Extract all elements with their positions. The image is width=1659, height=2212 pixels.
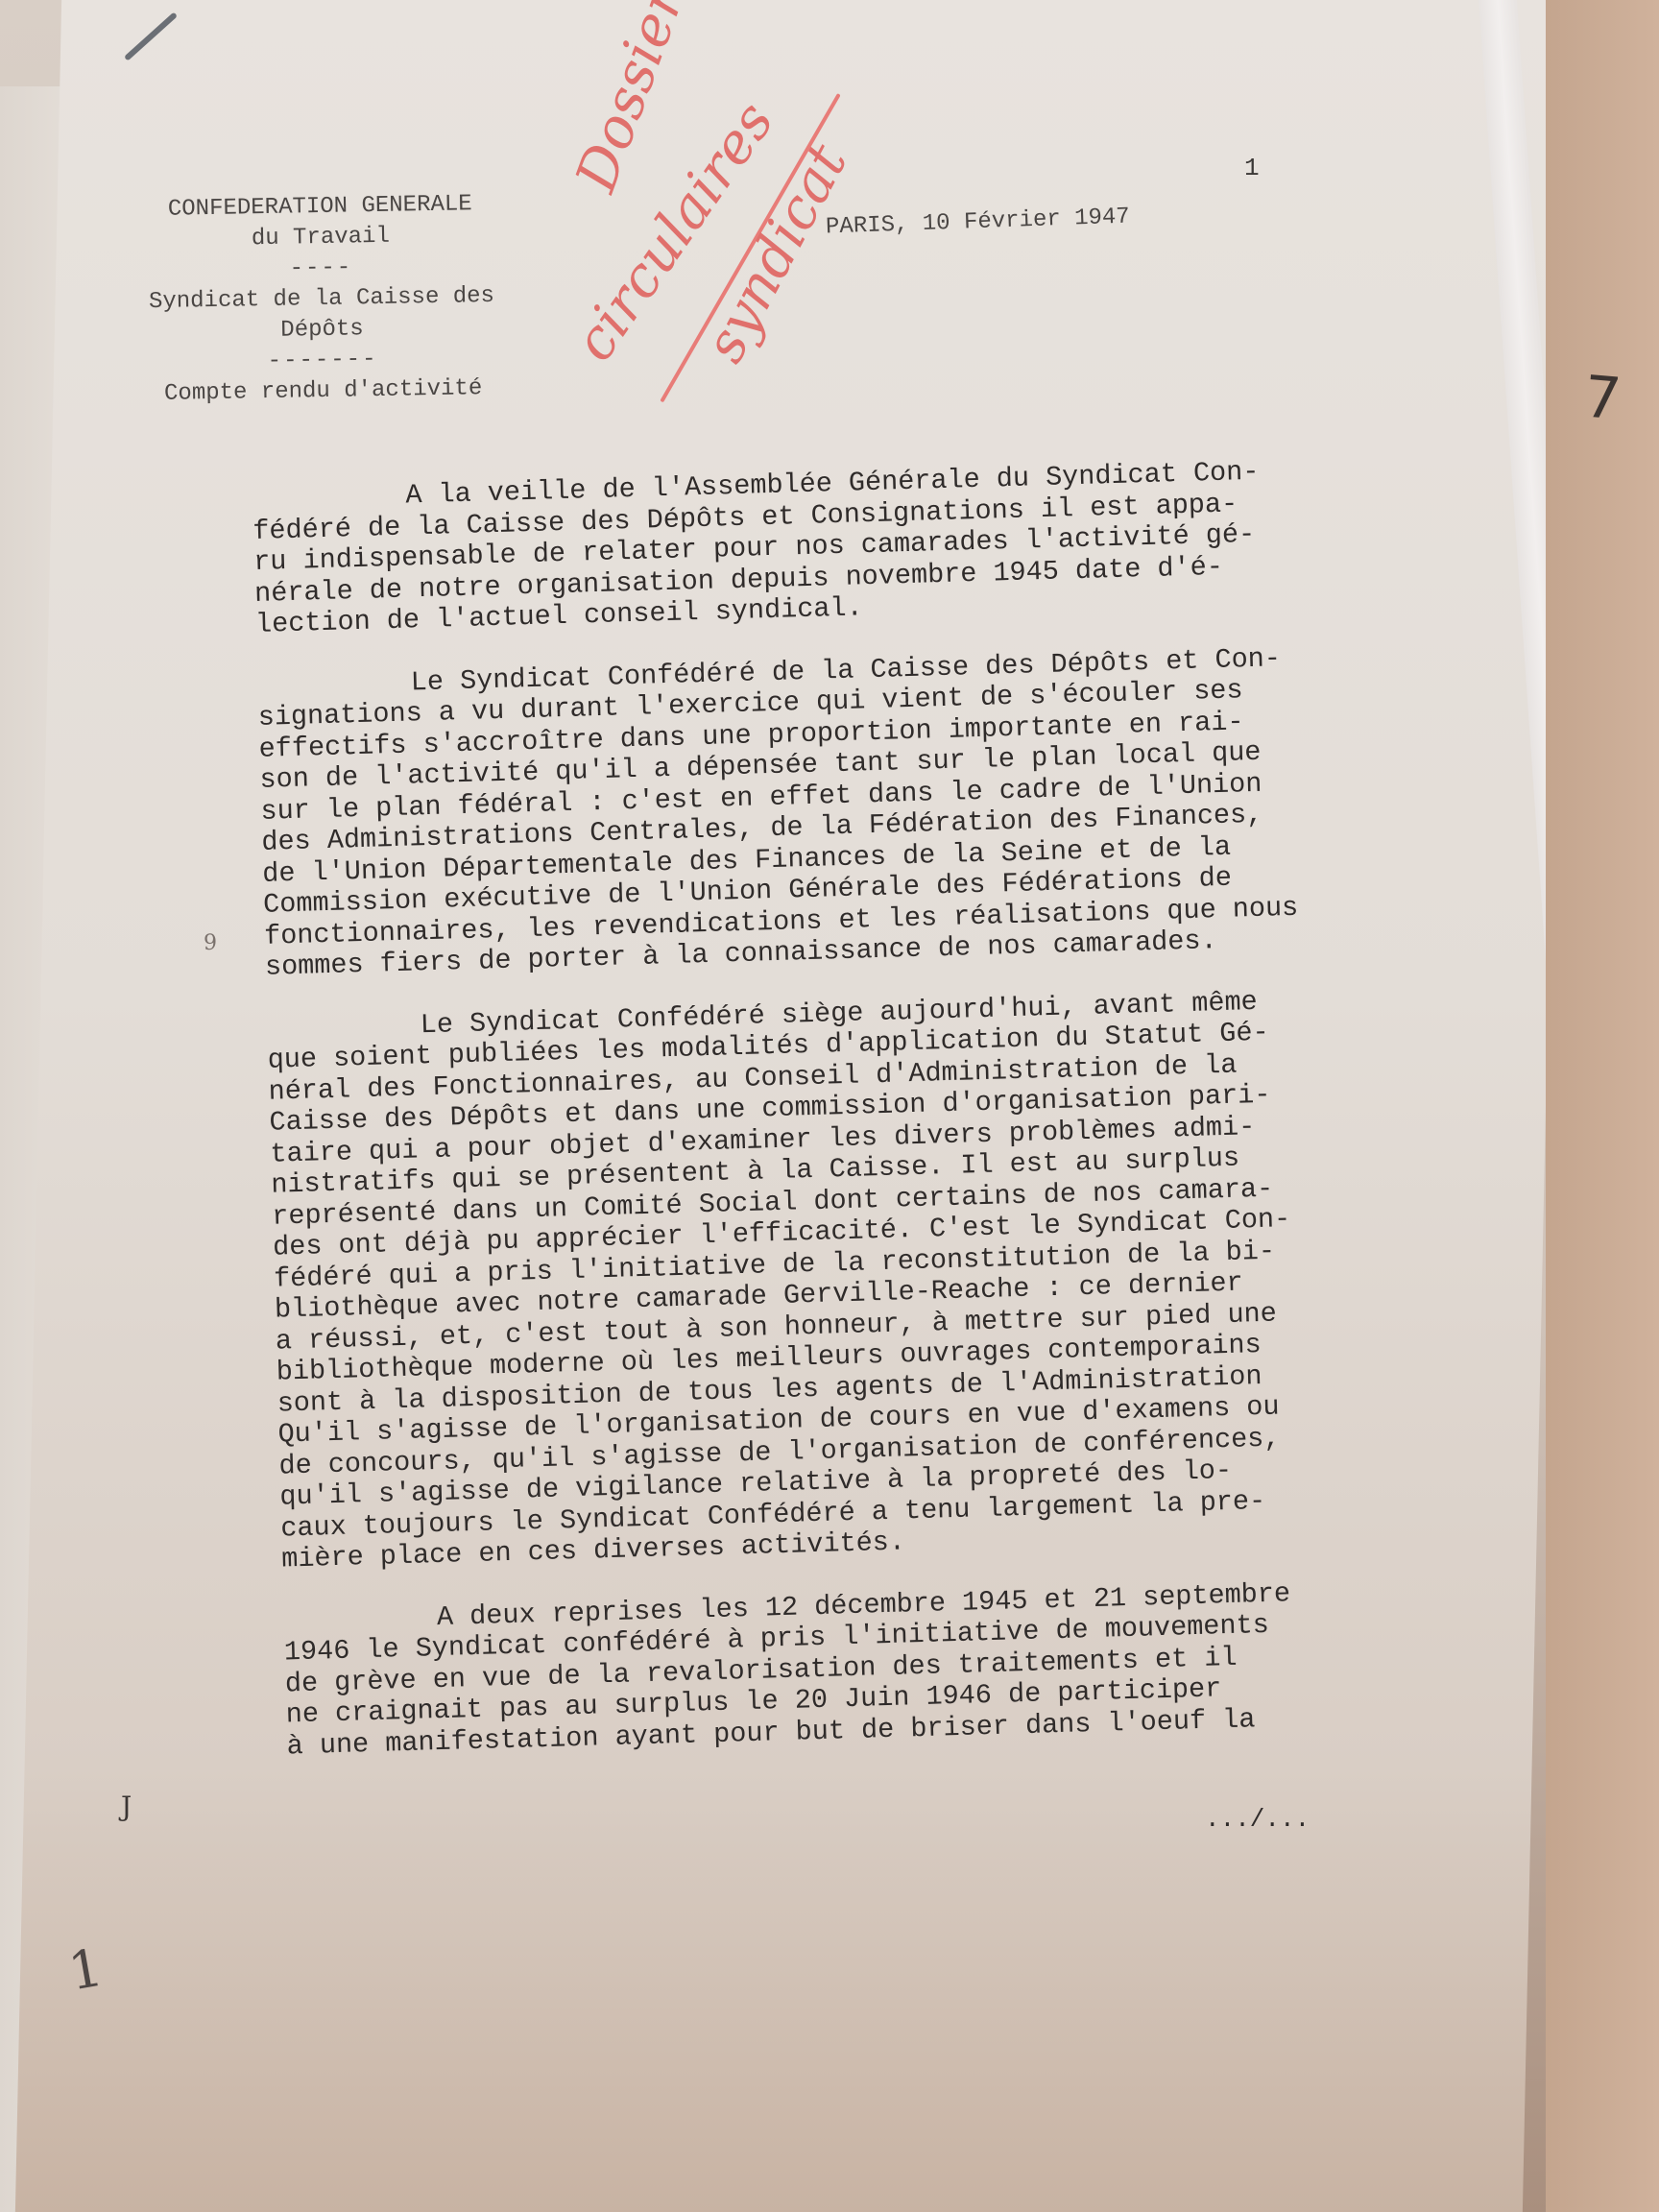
cardboard-folder — [1546, 0, 1659, 2212]
margin-mark: 9 — [204, 931, 217, 955]
letterhead: CONFEDERATION GENERALE du Travail ---- S… — [94, 188, 549, 411]
page-number: 1 — [1244, 154, 1260, 182]
document-body: A la veille de l'Assemblée Générale du S… — [252, 452, 1469, 1793]
folder-pencil-mark: 7 — [1581, 363, 1623, 433]
paragraph: Le Syndicat Confédéré de la Caisse des D… — [256, 638, 1446, 983]
paragraph: A deux reprises les 12 décembre 1945 et … — [283, 1574, 1468, 1763]
continuation-mark: .../... — [1205, 1805, 1310, 1834]
paragraph: Le Syndicat Confédéré siège aujourd'hui,… — [266, 981, 1462, 1575]
paragraph: A la veille de l'Assemblée Générale du S… — [252, 452, 1436, 641]
margin-mark: J — [121, 1791, 132, 1822]
